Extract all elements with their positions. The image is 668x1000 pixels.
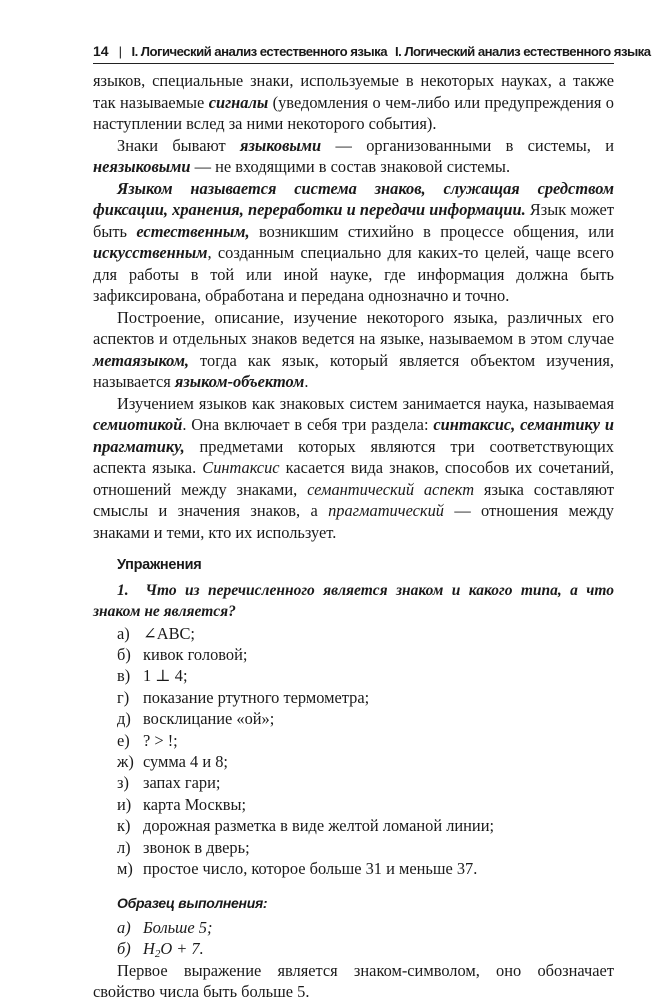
item-text: простое число, которое больше 31 и меньш… (143, 859, 477, 878)
book-page: 14 | I. Логический анализ естественного … (93, 43, 614, 1000)
formula-rest: O + 7. (160, 939, 203, 958)
item-text: показание ртутного термометра; (143, 688, 369, 707)
text-run: . (304, 372, 308, 391)
section-title-exercises: Упражнения (117, 555, 614, 577)
item-text: 1 ⊥ 4; (143, 666, 188, 685)
item-text: ∠ABC; (143, 624, 195, 643)
text-run: Знаки бывают (117, 136, 240, 155)
item-text: сумма 4 и 8; (143, 752, 228, 771)
sample-item-a: а)Больше 5; (93, 917, 614, 939)
list-item: в)1 ⊥ 4; (93, 665, 614, 686)
term-artificial: искусственным (93, 243, 207, 262)
header-separator: | (119, 44, 122, 59)
task-text: Что из перечисленного является знаком и … (93, 582, 614, 621)
running-title-left: I. Логический анализ естественного языка (131, 44, 387, 59)
item-label: е) (117, 730, 139, 751)
text-run: возникшим стихийно в процессе общения, и… (250, 222, 614, 241)
list-item: м)простое число, которое больше 31 и мен… (93, 858, 614, 879)
item-label: в) (117, 665, 139, 686)
item-text: карта Москвы; (143, 795, 246, 814)
running-title-right: I. Логический анализ естественного языка (395, 44, 651, 59)
term-semiotics: семиотикой (93, 415, 182, 434)
term-non-linguistic: неязыковыми (93, 157, 191, 176)
paragraph-metalanguage: Построение, описание, изучение некоторог… (93, 307, 614, 393)
text-run: Построение, описание, изучение некоторог… (93, 308, 614, 349)
term-pragmatic: прагматический (328, 501, 444, 520)
paragraph-signals: языков, специальные знаки, используемые … (93, 70, 614, 135)
list-item: з)запах гари; (93, 772, 614, 793)
text-run: Изучением языков как знаковых систем зан… (117, 394, 614, 413)
item-text: кивок головой; (143, 645, 247, 664)
term-signals: сигналы (209, 93, 269, 112)
formula-h: H (143, 939, 155, 958)
paragraph-sign-kinds: Знаки бывают языковыми — организованными… (93, 135, 614, 178)
task-number: 1. (117, 582, 129, 599)
item-label: к) (117, 815, 139, 836)
term-semantic-aspect: семантический аспект (307, 480, 474, 499)
running-header: 14 | I. Логический анализ естественного … (93, 43, 614, 64)
item-text: ? > !; (143, 731, 178, 750)
sample-item-b: б)H2O + 7. (93, 938, 614, 960)
list-item: а)∠ABC; (93, 623, 614, 644)
item-text: дорожная разметка в виде желтой ломаной … (143, 816, 494, 835)
paragraph-semiotics: Изучением языков как знаковых систем зан… (93, 393, 614, 544)
item-label: б) (117, 644, 139, 665)
term-syntax: Синтаксис (202, 458, 279, 477)
list-item: к)дорожная разметка в виде желтой ломано… (93, 815, 614, 836)
list-item: е)? > !; (93, 730, 614, 751)
term-object-language: языком-объектом (175, 372, 304, 391)
item-label: д) (117, 708, 139, 729)
text-run: — организованными в системы, и (321, 136, 614, 155)
paragraph-language-definition: Языком называется система знаков, служащ… (93, 178, 614, 307)
item-label: ж) (117, 751, 139, 772)
text-run: . Она включает в себя три раздела: (182, 415, 433, 434)
item-text: Больше 5; (143, 918, 212, 937)
item-label: з) (117, 772, 139, 793)
item-label: а) (117, 623, 139, 644)
item-text: звонок в дверь; (143, 838, 250, 857)
term-linguistic: языковыми (240, 136, 321, 155)
item-label: г) (117, 687, 139, 708)
item-label: л) (117, 837, 139, 858)
exercise-items: а)∠ABC; б)кивок головой; в)1 ⊥ 4; г)пока… (93, 623, 614, 880)
item-text: восклицание «ой»; (143, 709, 274, 728)
item-label: и) (117, 794, 139, 815)
exercise-task-1: 1. Что из перечисленного является знаком… (93, 580, 614, 623)
sample-solution-title: Образец выполнения: (117, 893, 614, 915)
page-number: 14 (93, 43, 109, 59)
term-natural: естественным, (136, 222, 249, 241)
item-label: а) (117, 917, 139, 939)
item-text: запах гари; (143, 773, 220, 792)
list-item: л)звонок в дверь; (93, 837, 614, 858)
item-label: б) (117, 938, 139, 960)
item-label: м) (117, 858, 139, 879)
list-item: ж)сумма 4 и 8; (93, 751, 614, 772)
term-metalanguage: метаязыком, (93, 351, 189, 370)
list-item: б)кивок головой; (93, 644, 614, 665)
list-item: и)карта Москвы; (93, 794, 614, 815)
list-item: г)показание ртутного термометра; (93, 687, 614, 708)
body-text: языков, специальные знаки, используемые … (93, 70, 614, 1000)
text-run: — не входящими в состав знаковой системы… (191, 157, 511, 176)
sample-explanation: Первое выражение является знаком-символо… (93, 960, 614, 1000)
list-item: д)восклицание «ой»; (93, 708, 614, 729)
